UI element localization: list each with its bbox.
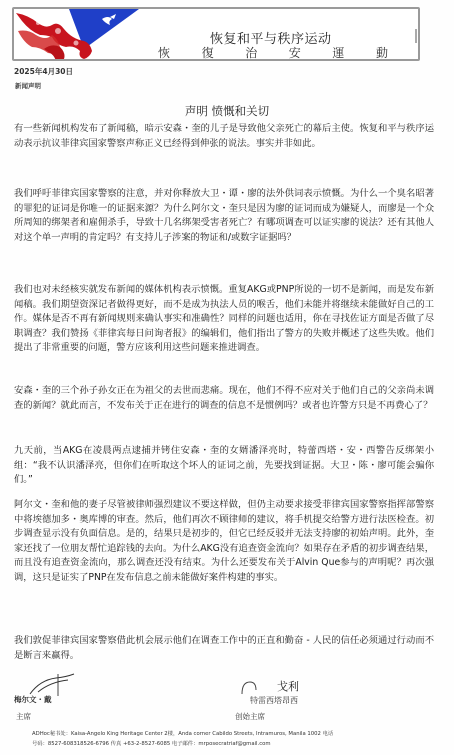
left-signatory-title: 主席 — [16, 711, 31, 722]
left-signature-icon — [28, 672, 78, 696]
banner-edge-tab — [415, 29, 420, 43]
paragraph-1: 有一些新闻机构发布了新闻稿，暗示安森・奎的儿子是导致他父亲死亡的幕后主使。恢复和… — [14, 122, 434, 151]
left-signatory-name: 梅尔文・戴 — [14, 694, 52, 705]
right-signatory-title: 创始主席 — [235, 711, 265, 722]
paragraph-5: 九天前，当AKG在凌晨两点逮捕并铐住安森・奎的女婿潘泽亮时，特蕾西塔・安・西警告… — [14, 444, 434, 488]
org-name-char: 運 — [332, 44, 344, 61]
paragraph-2: 我们呼吁菲律宾国家警察的注意，并对你释放大卫・谭・廖的法外供词表示愤慨。为什么一… — [14, 187, 434, 245]
press-statement-document: 恢复和平与秩序运动 恢 復 治 安 運 動 2025年4月30日 新闻声明 声明… — [0, 0, 454, 755]
footer-phone-email-line: 号码：8527-608318526-6796 传真 +63-2-8527-608… — [32, 740, 422, 750]
paragraph-7: 我们敦促菲律宾国家警察借此机会展示他们在调查工作中的正直和勤奋 - 人民的信任必… — [14, 634, 434, 663]
org-name-char: 復 — [202, 44, 214, 61]
statement-title: 声明 愤慨和关切 — [0, 103, 454, 119]
document-type: 新闻声明 — [15, 81, 41, 90]
paragraph-3: 我们也对未经核实就发布新闻的媒体机构表示愤慨。重复AKG或PNP所说的一切不是新… — [14, 283, 434, 356]
paragraph-4: 安森・奎的三个孙子孙女正在为祖父的去世而悲痛。现在，他们不得不应对关于他们自己的… — [14, 384, 434, 413]
org-name-char: 動 — [376, 44, 388, 61]
paragraph-6: 阿尔文・奎和他的妻子尽管被律师强烈建议不要这样做，但仍主动要求接受菲律宾国家警察… — [14, 498, 434, 586]
org-name-char: 安 — [289, 44, 301, 61]
letterhead-banner: 恢复和平与秩序运动 恢 復 治 安 運 動 — [12, 7, 420, 61]
right-signatory-subname: 特雷西塔昂西 — [250, 695, 298, 706]
statement-date: 2025年4月30日 — [14, 66, 73, 77]
org-name-char: 治 — [245, 44, 257, 61]
org-name-char: 恢 — [158, 44, 170, 61]
right-signatory-name: 戈利 — [277, 678, 299, 694]
org-name-traditional: 恢 復 治 安 運 動 — [158, 44, 388, 61]
footer-address-line: ADHoc秘书处：Kaisa-Angelo King Heritage Cent… — [32, 730, 422, 740]
footer-contact: ADHoc秘书处：Kaisa-Angelo King Heritage Cent… — [32, 730, 422, 749]
organization-logo-icon — [14, 9, 144, 61]
right-signature-icon — [240, 680, 260, 696]
